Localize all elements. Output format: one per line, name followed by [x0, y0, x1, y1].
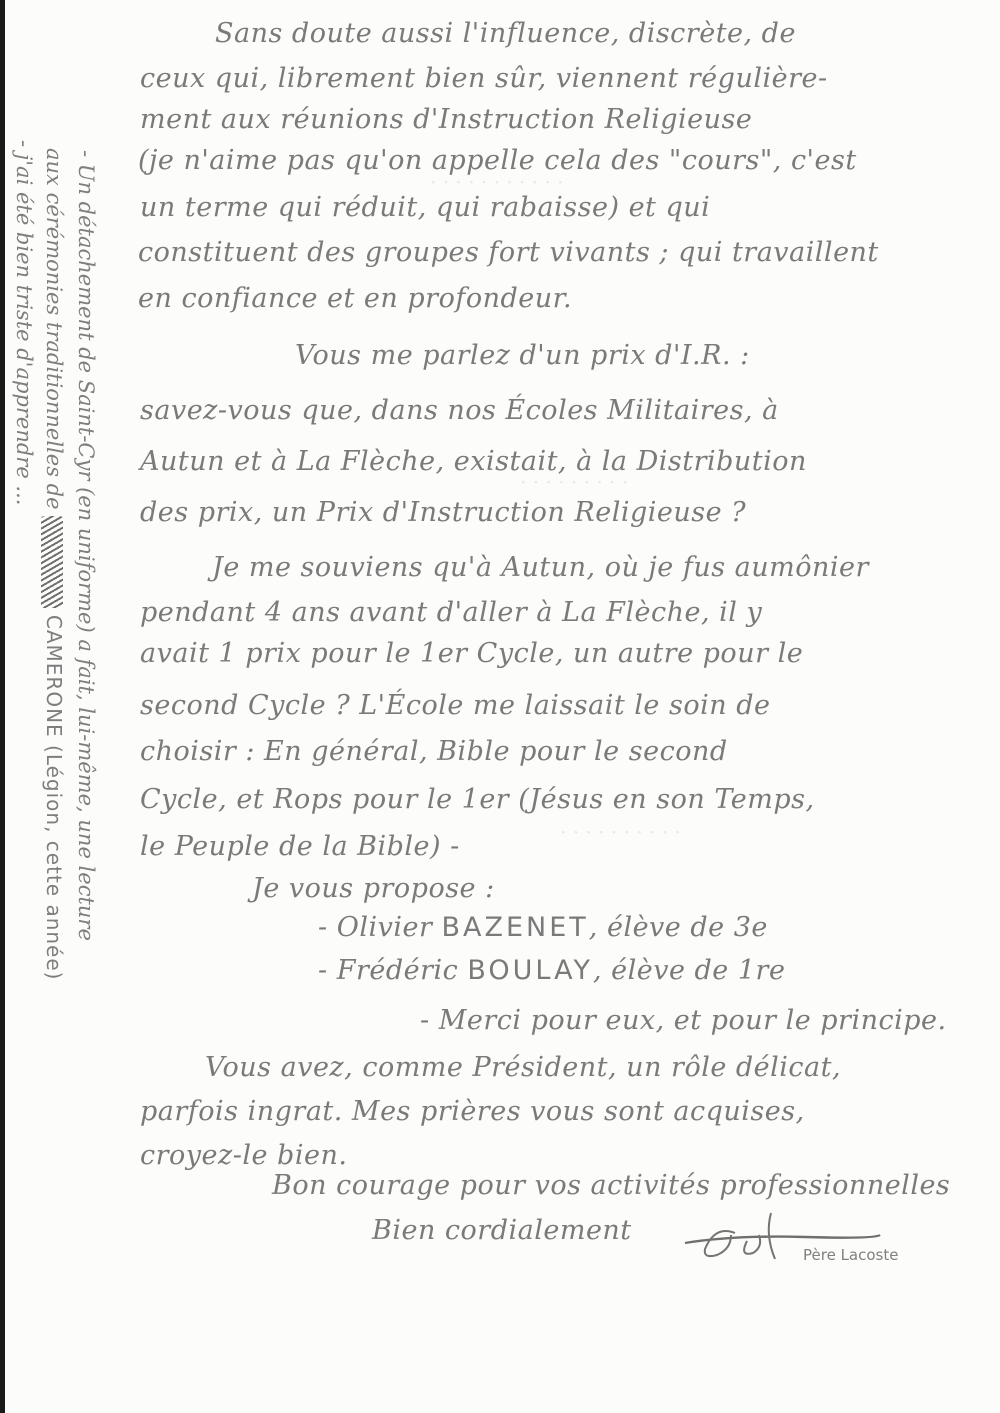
letter-line: - Merci pour eux, et pour le principe. — [420, 1005, 947, 1036]
nominee-first-name: - Frédéric — [318, 955, 458, 986]
nominee-last-name: BAZENET — [441, 912, 588, 943]
letter-line: en confiance et en profondeur. — [138, 283, 572, 314]
letter-line: constituent des groupes fort vivants ; q… — [138, 237, 879, 268]
letter-line: Bien cordialement — [372, 1215, 632, 1246]
letter-line: choisir : En général, Bible pour le seco… — [140, 736, 728, 767]
letter-line: croyez-le bien. — [140, 1140, 347, 1171]
signature-name: Père Lacoste — [803, 1246, 898, 1264]
letter-line: ment aux réunions d'Instruction Religieu… — [140, 104, 752, 135]
nominee-detail: , élève de 3e — [589, 912, 768, 943]
nominee-last-name: BOULAY — [467, 955, 593, 986]
margin-note-line: - j'ai été bien triste d'apprendre ... — [12, 140, 36, 505]
letter-line: (je n'aime pas qu'on appelle cela des "c… — [138, 145, 857, 176]
letter-page: · · · · · · · · · · · · · · · · · · · · … — [0, 0, 1000, 1413]
letter-line: des prix, un Prix d'Instruction Religieu… — [140, 497, 746, 528]
letter-line: Bon courage pour vos activités professio… — [272, 1170, 950, 1201]
margin-note-text: CAMERONE (Légion, cette année) — [42, 615, 66, 981]
bleed-through-text: · · · · · · · · · · — [560, 820, 681, 844]
letter-line: Cycle, et Rops pour le 1er (Jésus en son… — [140, 784, 815, 815]
letter-line: Vous avez, comme Président, un rôle déli… — [205, 1052, 841, 1083]
margin-note-line: aux cérémonies traditionnelles de CAMERO… — [42, 148, 67, 980]
letter-line: avait 1 prix pour le 1er Cycle, un autre… — [140, 638, 803, 669]
nominee-line: - Frédéric BOULAY, élève de 1re — [318, 955, 785, 986]
struck-out-word — [42, 516, 64, 608]
letter-line: le Peuple de la Bible) - — [140, 831, 460, 862]
letter-line: Autun et à La Flèche, existait, à la Dis… — [140, 446, 807, 477]
letter-line: Sans doute aussi l'influence, discrète, … — [215, 18, 796, 49]
scan-edge — [0, 0, 5, 1413]
nominee-detail: , élève de 1re — [593, 955, 785, 986]
letter-line: Vous me parlez d'un prix d'I.R. : — [295, 340, 750, 371]
letter-line: un terme qui réduit, qui rabaisse) et qu… — [140, 192, 710, 223]
margin-note-line: - Un détachement de Saint-Cyr (en unifor… — [74, 150, 98, 941]
nominee-line: - Olivier BAZENET, élève de 3e — [318, 912, 768, 943]
letter-line: Je vous propose : — [252, 873, 495, 904]
letter-line: parfois ingrat. Mes prières vous sont ac… — [140, 1096, 805, 1127]
letter-line: second Cycle ? L'École me laissait le so… — [140, 690, 770, 721]
letter-line: savez-vous que, dans nos Écoles Militair… — [140, 395, 779, 426]
letter-line: pendant 4 ans avant d'aller à La Flèche,… — [140, 597, 762, 628]
letter-line: ceux qui, librement bien sûr, viennent r… — [140, 63, 828, 94]
margin-note-text: aux cérémonies traditionnelles de — [42, 148, 66, 510]
letter-line: Je me souviens qu'à Autun, où je fus aum… — [212, 552, 869, 583]
nominee-first-name: - Olivier — [318, 912, 432, 943]
